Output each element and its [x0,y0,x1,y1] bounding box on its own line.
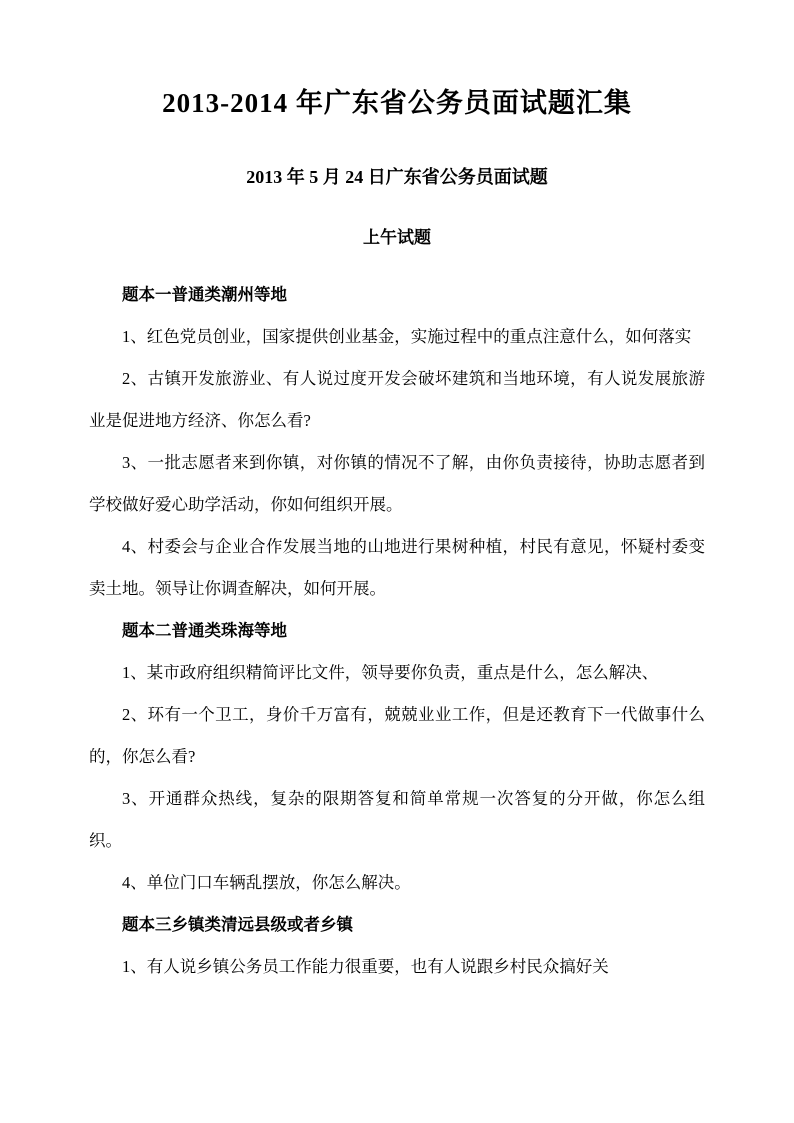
question-item: 2、环有一个卫工，身价千万富有，兢兢业业工作，但是还教育下一代做事什么的，你怎么… [89,694,705,778]
section-heading: 题本一普通类潮州等地 [89,274,705,316]
question-item: 1、某市政府组织精简评比文件，领导要你负责，重点是什么，怎么解决、 [89,652,705,694]
document-page: 2013-2014 年广东省公务员面试题汇集 2013 年 5 月 24 日广东… [0,0,794,1123]
question-item: 1、红色党员创业，国家提供创业基金，实施过程中的重点注意什么，如何落实 [89,316,705,358]
section-heading: 题本二普通类珠海等地 [89,610,705,652]
question-sections: 题本一普通类潮州等地1、红色党员创业，国家提供创业基金，实施过程中的重点注意什么… [89,274,705,988]
question-item: 4、村委会与企业合作发展当地的山地进行果树种植，村民有意见，怀疑村委变卖土地。领… [89,526,705,610]
question-item: 2、古镇开发旅游业、有人说过度开发会破坏建筑和当地环境，有人说发展旅游业是促进地… [89,358,705,442]
session-title: 上午试题 [89,224,705,252]
question-item: 3、一批志愿者来到你镇，对你镇的情况不了解，由你负责接待，协助志愿者到学校做好爱… [89,442,705,526]
document-title: 2013-2014 年广东省公务员面试题汇集 [89,83,705,123]
document-subtitle: 2013 年 5 月 24 日广东省公务员面试题 [89,163,705,191]
question-item: 3、开通群众热线，复杂的限期答复和简单常规一次答复的分开做，你怎么组织。 [89,778,705,862]
section-heading: 题本三乡镇类清远县级或者乡镇 [89,904,705,946]
question-item: 1、有人说乡镇公务员工作能力很重要，也有人说跟乡村民众搞好关 [89,946,705,988]
question-item: 4、单位门口车辆乱摆放，你怎么解决。 [89,862,705,904]
